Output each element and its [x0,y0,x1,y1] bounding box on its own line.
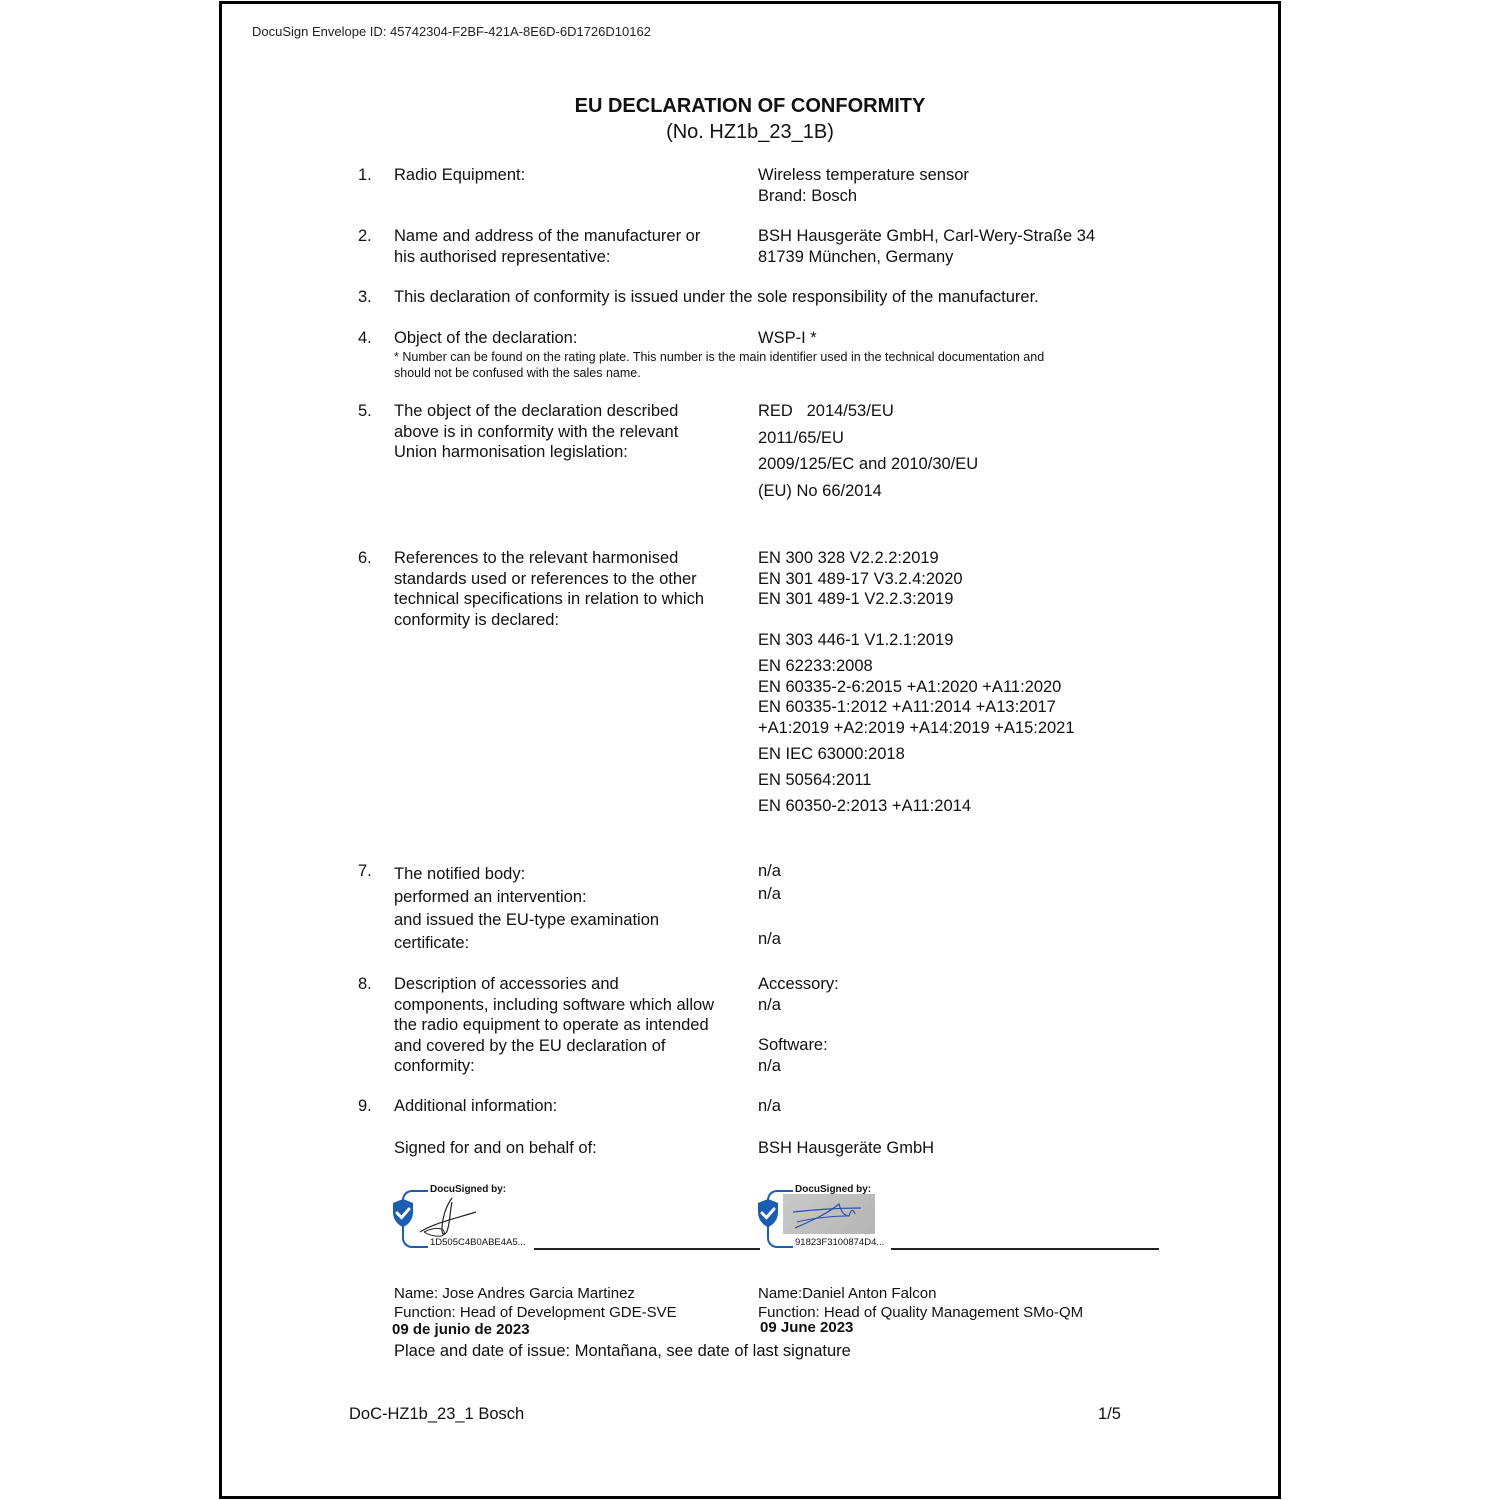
section-4-number: 4. [358,328,372,349]
section-5-value-3: 2009/125/EC and 2010/30/EU [758,454,978,475]
signatory-2-date: 09 June 2023 [760,1319,853,1336]
section-4-label: Object of the declaration: [394,328,577,349]
document-page: DocuSign Envelope ID: 45742304-F2BF-421A… [219,1,1281,1499]
label-line: Radio Equipment: [394,165,525,186]
section-6-label: References to the relevant harmonised st… [394,548,704,630]
standard-item: +A1:2019 +A2:2019 +A14:2019 +A15:2021 [758,718,1075,739]
section-5-label: The object of the declaration described … [394,401,678,463]
label-line: technical specifications in relation to … [394,589,704,610]
signed-for-label: Signed for and on behalf of: [394,1138,597,1159]
section-3-text: This declaration of conformity is issued… [394,287,1039,308]
value-line: Software: [758,1035,828,1056]
signatory-name: Name:Daniel Anton Falcon [758,1284,1083,1303]
handwritten-signature [783,1194,875,1234]
footer-page-number: 1/5 [1098,1404,1121,1425]
section-1-number: 1. [358,165,372,186]
signatory-name: Name: Jose Andres Garcia Martinez [394,1284,677,1303]
section-2-value: BSH Hausgeräte GmbH, Carl-Wery-Straße 34… [758,226,1095,267]
section-4-footnote: * Number can be found on the rating plat… [394,349,1044,381]
signature-id: 1D505C4B0ABE4A5... [430,1237,526,1248]
standard-item: EN 301 489-1 V2.2.3:2019 [758,589,963,610]
standard-item: EN 303 446-1 V1.2.1:2019 [758,630,953,651]
docusign-shield-check-icon [392,1198,414,1228]
standard-item: EN 60335-1:2012 +A11:2014 +A13:2017 [758,697,1075,718]
section-5-value-2: 2011/65/EU [758,428,844,449]
value-line: n/a [758,1056,828,1077]
section-7-label-1: The notified body: [394,864,525,885]
section-6-standards-group-2: EN 62233:2008 EN 60335-2-6:2015 +A1:2020… [758,656,1075,738]
value-line: 81739 München, Germany [758,247,1095,268]
signature-block-2: DocuSigned by: 91823F3100874D4... [757,1184,1129,1250]
signatory-1-date: 09 de junio de 2023 [392,1321,530,1338]
section-2-number: 2. [358,226,372,247]
value-line: Brand: Bosch [758,186,969,207]
value-line: Accessory: [758,974,839,995]
label-line: conformity is declared: [394,610,704,631]
section-9-value: n/a [758,1096,781,1117]
section-6-number: 6. [358,548,372,569]
signature-image [783,1194,875,1234]
label-line: above is in conformity with the relevant [394,422,678,443]
label-line: components, including software which all… [394,995,714,1016]
section-5-value-4: (EU) No 66/2014 [758,481,882,502]
section-7-label-4: certificate: [394,933,469,954]
footer-doc-id: DoC-HZ1b_23_1 Bosch [349,1404,524,1425]
docusigned-by-label: DocuSigned by: [795,1184,871,1195]
value-line: n/a [758,995,839,1016]
label-line: The object of the declaration described [394,401,678,422]
label-line: Name and address of the manufacturer or [394,226,700,247]
section-7-label-3: and issued the EU-type examination [394,910,659,931]
note-line: should not be confused with the sales na… [394,365,1044,381]
section-7-value-2: n/a [758,884,781,905]
section-5-number: 5. [358,401,372,422]
standard-item: EN 300 328 V2.2.2:2019 [758,548,963,569]
standard-item: EN 60350-2:2013 +A11:2014 [758,796,971,817]
standard-item: EN 62233:2008 [758,656,1075,677]
label-line: standards used or references to the othe… [394,569,704,590]
section-5-value-1: RED 2014/53/EU [758,401,894,422]
label-line: conformity: [394,1056,714,1077]
section-4-value: WSP-I * [758,328,817,349]
section-2-label: Name and address of the manufacturer or … [394,226,700,267]
label-line: and covered by the EU declaration of [394,1036,714,1057]
note-line: * Number can be found on the rating plat… [394,349,1044,365]
envelope-id: DocuSign Envelope ID: 45742304-F2BF-421A… [252,24,651,39]
label-line: the radio equipment to operate as intend… [394,1015,714,1036]
section-6-standards-group-1: EN 300 328 V2.2.2:2019 EN 301 489-17 V3.… [758,548,963,610]
label-line: References to the relevant harmonised [394,548,704,569]
section-8-software: Software: n/a [758,1035,828,1076]
standard-item: EN 301 489-17 V3.2.4:2020 [758,569,963,590]
signature-id: 91823F3100874D4... [795,1237,884,1248]
section-7-label-2: performed an intervention: [394,887,587,908]
section-9-label: Additional information: [394,1096,557,1117]
standard-item: EN 60335-2-6:2015 +A1:2020 +A11:2020 [758,677,1075,698]
section-7-number: 7. [358,861,372,882]
section-1-value: Wireless temperature sensor Brand: Bosch [758,165,969,206]
section-7-value-1: n/a [758,861,781,882]
signature-line [891,1248,1159,1250]
section-8-accessory: Accessory: n/a [758,974,839,1015]
section-1-label: Radio Equipment: [394,165,525,186]
section-7-value-3: n/a [758,929,781,950]
section-8-label: Description of accessories and component… [394,974,714,1077]
signatory-function: Function: Head of Development GDE-SVE [394,1303,677,1322]
label-line: his authorised representative: [394,247,700,268]
label-line: Description of accessories and [394,974,714,995]
docusigned-by-label: DocuSigned by: [430,1184,506,1195]
signature-line [534,1248,760,1250]
value-line: Wireless temperature sensor [758,165,969,186]
label-line: Union harmonisation legislation: [394,442,678,463]
declaration-number: (No. HZ1b_23_1B) [222,121,1278,144]
section-9-number: 9. [358,1096,372,1117]
place-and-date: Place and date of issue: Montañana, see … [394,1341,851,1362]
signed-for-value: BSH Hausgeräte GmbH [758,1138,934,1159]
signature-block-1: DocuSigned by: 1D505C4B0ABE4A5... [392,1184,764,1250]
handwritten-signature [416,1196,486,1240]
signatory-1-details: Name: Jose Andres Garcia Martinez Functi… [394,1284,677,1322]
standard-item: EN 50564:2011 [758,770,871,791]
section-8-number: 8. [358,974,372,995]
standard-item: EN IEC 63000:2018 [758,744,905,765]
signatory-2-details: Name:Daniel Anton Falcon Function: Head … [758,1284,1083,1322]
section-3-number: 3. [358,287,372,308]
document-title: EU DECLARATION OF CONFORMITY [222,95,1278,118]
docusign-shield-check-icon [757,1198,779,1228]
value-line: BSH Hausgeräte GmbH, Carl-Wery-Straße 34 [758,226,1095,247]
